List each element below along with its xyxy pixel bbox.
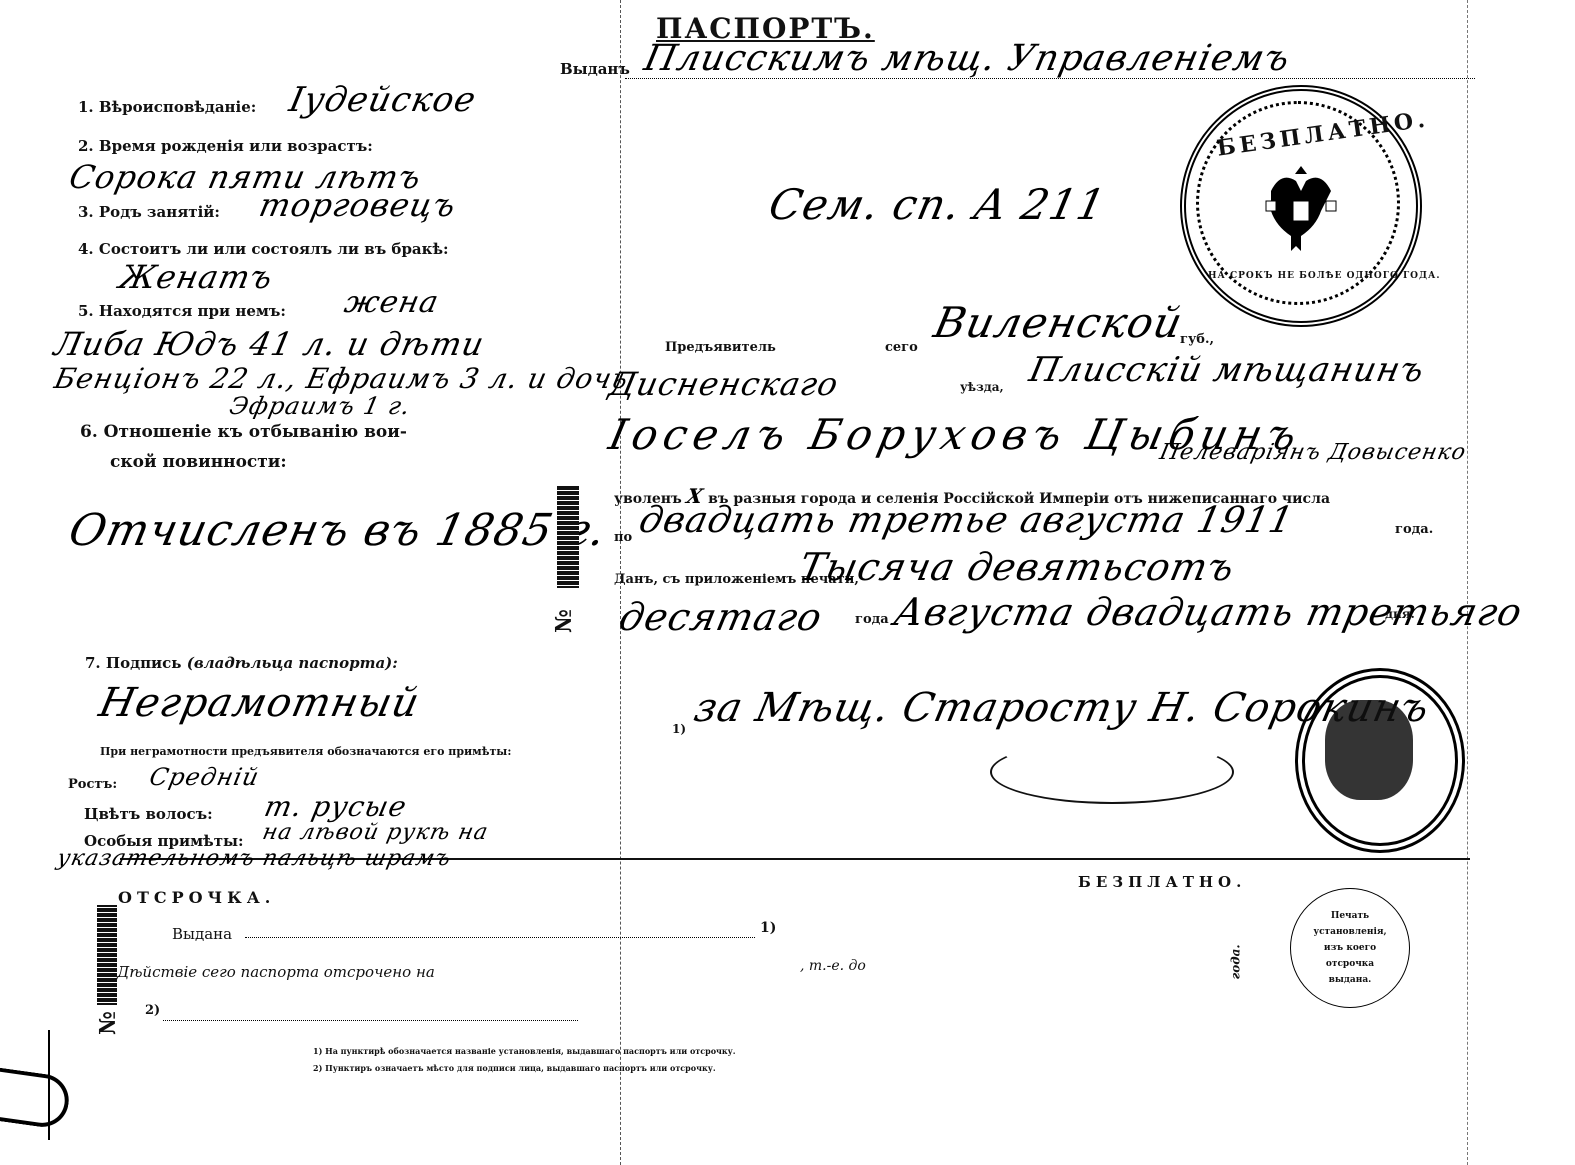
field-3-value: торговецъ [256, 186, 460, 224]
deferral-signature-note: 2) [145, 1003, 160, 1018]
signature-note: 1) [672, 722, 686, 736]
deferral-year-label: года. [1229, 944, 1243, 979]
reference-number: Сем. сп. А 211 [765, 180, 1111, 229]
deferral-issued-note: 1) [760, 920, 776, 936]
field-4-value: Женатъ [116, 258, 277, 296]
seal-line-3: изъ коего [1291, 943, 1409, 953]
footnote-1: 1) На пунктирѣ обозначается названіе уст… [313, 1046, 736, 1056]
until-suffix: года. [1395, 522, 1433, 537]
seal-line-1: Печать [1291, 911, 1409, 921]
until-value: двадцать третье августа 1911 [636, 500, 1298, 541]
office-seal [1295, 668, 1465, 853]
field-1-value: Іудейское [286, 80, 480, 120]
field-7-value: Неграмотный [95, 680, 424, 726]
height-value: Средній [147, 763, 262, 791]
serial-number-mark: № [551, 609, 577, 633]
bearer-label: Предъявитель [665, 340, 776, 355]
field-3-label: 3. Родъ занятій: [78, 203, 220, 221]
illiterate-note: При неграмотности предъявителя обозначаю… [100, 745, 511, 758]
seal-line-5: выдана. [1291, 975, 1409, 985]
given-value-2: десятаго [615, 595, 826, 639]
marks-value: на лѣвой рукѣ на указательномъ пальцѣ шр… [54, 820, 625, 872]
field-6-label: 6. Отношеніе къ отбыванію вои- [80, 422, 407, 442]
field-2-label: 2. Время рожденія или возрастъ: [78, 137, 373, 155]
fold-line-right [1467, 0, 1468, 1165]
deferral-signature-field[interactable] [163, 1020, 578, 1021]
year-label: года [855, 612, 889, 627]
issued-by-label: Выданъ [560, 60, 630, 78]
field-1-label: 1. Вѣроисповѣданіе: [78, 98, 256, 116]
deferral-serial-mark: № [95, 1011, 121, 1035]
deferral-issued-label: Выдана [172, 925, 232, 943]
given-value: Тысяча девятьсотъ [795, 545, 1239, 589]
gub-value: Виленской [930, 298, 1188, 347]
height-label: Ростъ: [68, 777, 117, 792]
field-6-value: Отчисленъ въ 1885 г. [65, 505, 611, 556]
gub-label: губ., [1180, 332, 1214, 347]
deferral-issued-row: Выдана [172, 924, 232, 943]
deferral-until-label: , т.-е. до [800, 958, 866, 974]
day-value: Августа двадцать третьяго [890, 590, 1526, 634]
hair-value: т. русые [261, 790, 410, 823]
deferral-issued-field[interactable] [245, 937, 755, 938]
paperclip-edge [48, 1030, 50, 1140]
until-prefix: по [614, 530, 632, 545]
deferral-free-label: БЕЗПЛАТНО. [1078, 873, 1246, 891]
double-headed-eagle-icon [1261, 161, 1341, 256]
field-5-value: жена [341, 285, 442, 320]
uezd-value: Дисненскаго [606, 365, 842, 403]
office-seal-inner [1325, 700, 1413, 800]
signature-flourish [990, 740, 1234, 804]
deferral-action-label: Дѣйствіе сего паспорта отсрочено на [117, 963, 435, 981]
field-5-line-2: Бенцiонъ 22 л., Ефраимъ 3 л. и дочь [51, 362, 631, 395]
seal-line-4: отсрочка [1291, 959, 1409, 969]
issued-by-value: Плисскимъ мѣщ. Управленіемъ [641, 38, 1294, 79]
seal-line-2: установленія, [1291, 927, 1409, 937]
free-stamp: БЕЗПЛАТНО. НА СРОКЪ НЕ БОЛѢЕ ОДНОГО ГОДА… [1180, 85, 1422, 327]
deferral-seal-circle: Печать установленія, изъ коего отсрочка … [1290, 888, 1410, 1008]
footnote-2: 2) Пунктиръ означаетъ мѣсто для подписи … [313, 1063, 716, 1073]
field-6-label-2: ской повинности: [110, 452, 287, 472]
bearer-of-label: сего [885, 340, 918, 355]
day-label: дня. [1385, 607, 1415, 621]
field-5-line-1: Либа Юдъ 41 л. и дѣти [51, 325, 488, 363]
field-5-line-3: Эфраимъ 1 г. [227, 392, 413, 420]
estate-value: Плисскій мѣщанинъ [1026, 350, 1429, 390]
paperclip-icon [0, 1063, 72, 1131]
deferral-serial-strip [97, 905, 117, 1005]
field-4-label: 4. Состоитъ ли или состоялъ ли въ бракѣ: [78, 240, 449, 258]
stamp-bottom-text: НА СРОКЪ НЕ БОЛѢЕ ОДНОГО ГОДА. [1208, 271, 1440, 281]
field-7-label: 7. Подпись (владѣльца паспорта): [85, 654, 398, 672]
serial-number-strip [557, 486, 579, 588]
deferral-title: ОТСРОЧКА. [118, 888, 275, 907]
uezd-label: уѣзда, [960, 380, 1004, 394]
bearer-name-note: Пелеваріянъ Довысенко [1157, 440, 1468, 465]
field-5-label: 5. Находятся при немъ: [78, 302, 286, 320]
